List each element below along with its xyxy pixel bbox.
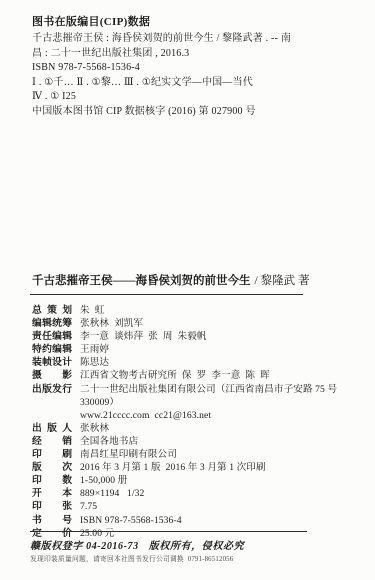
colophon-row: 版次 2016 年 3 月第 1 版 2016 年 3 月第 1 次印刷 (32, 461, 361, 474)
colophon-value: 张秋林 刘凯军 (80, 317, 143, 330)
colophon-value: 李一意 谈炜萍 张 周 朱毅帆 (80, 330, 207, 343)
colophon-value: 南昌红星印刷有限公司 (80, 448, 177, 461)
colophon-label: 出版发行 (32, 383, 72, 409)
book-copyright-page: 图书在版编目(CIP)数据 千古悲摧帝王侯 : 海昏侯刘贺的前世今生 / 黎隆武… (0, 0, 375, 580)
cip-line: 昌 : 二十一世纪出版社集团 , 2016.3 (32, 47, 347, 62)
cip-line: 千古悲摧帝王侯 : 海昏侯刘贺的前世今生 / 黎隆武著 . -- 南 (32, 32, 347, 47)
cip-line: Ⅳ . ① I25 (32, 90, 347, 105)
colophon-value: ISBN 978-7-5568-1536-4 (80, 514, 182, 527)
colophon-value: 张秋林 (80, 422, 109, 435)
colophon-row: www.21cccc.com cc21@163.net (32, 409, 361, 422)
copyright-notice: 版权所有，侵权必究 (149, 541, 244, 552)
registration-number: 赣版权登字 04-2016-73 (30, 541, 139, 552)
colophon-label (32, 409, 72, 422)
colophon-row: 编辑统筹 张秋林 刘凯军 (32, 317, 361, 330)
colophon-label: 印张 (32, 500, 72, 513)
colophon-row: 印张 7.75 (32, 500, 361, 513)
colophon-row: 书号 ISBN 978-7-5568-1536-4 (32, 514, 361, 527)
colophon-label: 印数 (32, 474, 72, 487)
colophon-row: 特约编辑 王雨婷 (32, 343, 361, 356)
colophon-value: 二十一世纪出版社集团有限公司（江西省南昌市子安路 75 号 330009） (80, 383, 361, 409)
cip-header: 图书在版编目(CIP)数据 (32, 13, 347, 29)
colophon-value: 889×1194 1/32 (80, 487, 144, 500)
book-title-line: 千古悲摧帝王侯——海昏侯刘贺的前世今生/ 黎隆武 著 (32, 272, 355, 300)
colophon-label: 摄影 (32, 369, 72, 382)
colophon-list: 总策划 朱 虹 编辑统筹 张秋林 刘凯军 责任编辑 李一意 谈炜萍 张 周 朱毅… (32, 304, 361, 540)
colophon-row: 印刷 南昌红星印刷有限公司 (32, 448, 361, 461)
colophon-label: 特约编辑 (32, 343, 72, 356)
colophon-label: 编辑统筹 (32, 317, 72, 330)
cip-line: 中国版本图书馆 CIP 数据核字 (2016) 第 027900 号 (32, 105, 347, 120)
colophon-label: 出版人 (32, 422, 72, 435)
book-title: 千古悲摧帝王侯——海昏侯刘贺的前世今生 (32, 275, 251, 287)
cip-lines: 千古悲摧帝王侯 : 海昏侯刘贺的前世今生 / 黎隆武著 . -- 南 昌 : 二… (32, 32, 347, 120)
colophon-label: 总策划 (32, 304, 72, 317)
colophon-value: 江西省文物考古研究所 保 罗 李一意 陈 晖 (80, 369, 270, 382)
cip-block: 图书在版编目(CIP)数据 千古悲摧帝王侯 : 海昏侯刘贺的前世今生 / 黎隆武… (32, 13, 347, 120)
colophon-row: 出版发行 二十一世纪出版社集团有限公司（江西省南昌市子安路 75 号 33000… (32, 383, 361, 409)
book-author: / 黎隆武 著 (255, 275, 310, 287)
colophon-row: 印数 1-50,000 册 (32, 474, 361, 487)
cip-line: ISBN 978-7-5568-1536-4 (32, 61, 347, 76)
colophon-value: 陈思达 (80, 356, 109, 369)
colophon-label: 装帧设计 (32, 356, 72, 369)
colophon-value: 王雨婷 (80, 343, 109, 356)
colophon-value: 7.75 (80, 500, 97, 513)
colophon-row: 开本 889×1194 1/32 (32, 487, 361, 500)
colophon-label: 版次 (32, 461, 72, 474)
colophon-label: 书号 (32, 514, 72, 527)
colophon-value: www.21cccc.com cc21@163.net (80, 409, 211, 422)
colophon-value: 朱 虹 (80, 304, 104, 317)
colophon-row: 总策划 朱 虹 (32, 304, 361, 317)
colophon-row: 责任编辑 李一意 谈炜萍 张 周 朱毅帆 (32, 330, 361, 343)
colophon-label: 经销 (32, 435, 72, 448)
colophon-row: 出版人 张秋林 (32, 422, 361, 435)
colophon-value: 2016 年 3 月第 1 版 2016 年 3 月第 1 次印刷 (80, 461, 266, 474)
divider-line-top (30, 294, 303, 295)
colophon-value: 1-50,000 册 (80, 474, 127, 487)
colophon-label: 开本 (32, 487, 72, 500)
cip-line: Ⅰ . ①千… Ⅱ . ①黎… Ⅲ . ①纪实文学—中国—当代 (32, 76, 347, 91)
colophon-label: 印刷 (32, 448, 72, 461)
print-quality-notice: 发现印装质量问题，请寄回本社图书发行公司调换 0791-86512056 (30, 553, 355, 563)
colophon-label: 责任编辑 (32, 330, 72, 343)
colophon-row: 经销 全国各地书店 (32, 435, 361, 448)
divider-line-bottom (30, 531, 307, 532)
colophon-value: 全国各地书店 (80, 435, 138, 448)
colophon-row: 装帧设计 陈思达 (32, 356, 361, 369)
colophon-row: 摄影 江西省文物考古研究所 保 罗 李一意 陈 晖 (32, 369, 361, 382)
